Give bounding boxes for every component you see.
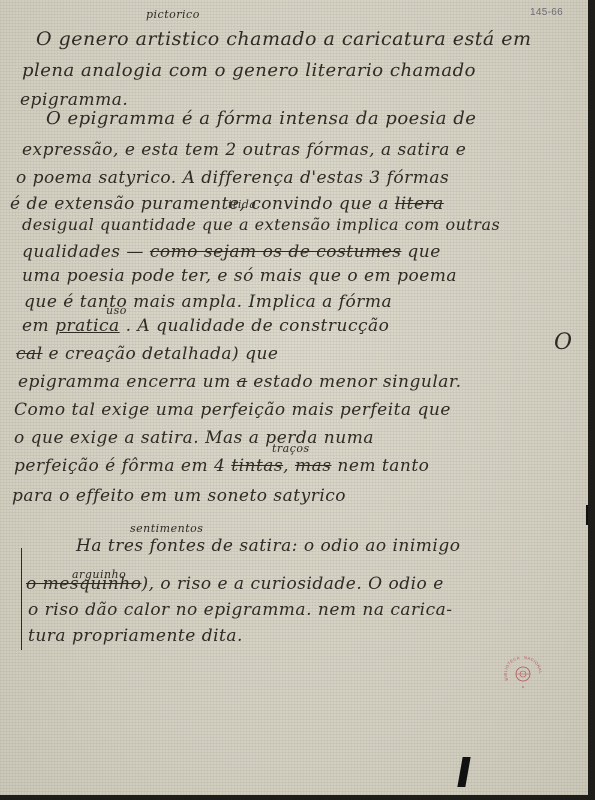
struck-phrase: como sejam os de costumes	[150, 242, 402, 262]
line-continuation: nem tanto	[337, 456, 429, 476]
manuscript-line: em pratica . A qualidade de construcção	[22, 316, 389, 336]
struck-word: tintas	[231, 456, 283, 476]
manuscript-line: expressão, e esta tem 2 outras fórmas, a…	[22, 140, 466, 160]
manuscript-line: desigual quantidade que a extensão impli…	[22, 215, 500, 234]
struck-word: a	[237, 372, 248, 392]
archive-reference-number: 145-66	[530, 7, 563, 18]
manuscript-line: qualidades — como sejam os de costumes q…	[22, 242, 441, 262]
manuscript-line: para o effeito em um soneto satyrico	[12, 486, 346, 506]
stamp-text-left: BIBLIOTECA	[503, 655, 520, 681]
line-continuation: estado menor singular.	[253, 372, 461, 392]
stamp-text-right: NACIONAL	[524, 655, 544, 675]
scan-border-right	[588, 0, 595, 800]
manuscript-line: o riso dão calor no epigramma. nem na ca…	[28, 600, 453, 620]
manuscript-line: que é tanto mais ampla. Implica a fórma	[24, 292, 392, 312]
line-continuation: . A qualidade de construcção	[126, 316, 390, 336]
manuscript-line: uma poesia pode ter, e só mais que o em …	[22, 266, 457, 286]
scan-border-bottom	[0, 795, 595, 800]
manuscript-line: O epigramma é a fórma intensa da poesia …	[46, 108, 476, 129]
interlinear-insertion: pictorico	[146, 8, 200, 21]
svg-text:BIBLIOTECA: BIBLIOTECA	[503, 655, 520, 681]
struck-word: pratica	[55, 316, 120, 336]
svg-text:NACIONAL: NACIONAL	[524, 655, 544, 675]
manuscript-line: plena analogia com o genero literario ch…	[22, 60, 476, 81]
line-text: é de extensão puramente, convindo que a	[10, 194, 389, 214]
line-text: perfeição é fôrma em 4	[14, 456, 225, 476]
manuscript-page: 145-66 pictorico O genero artistico cham…	[0, 0, 588, 795]
interlinear-insertion: ttida	[228, 198, 256, 211]
line-continuation: que	[407, 242, 440, 262]
manuscript-line: é de extensão puramente, convindo que a …	[10, 194, 444, 214]
manuscript-line: perfeição é fôrma em 4 tintas, mas nem t…	[14, 456, 429, 476]
manuscript-line: epigramma encerra um a estado menor sing…	[18, 372, 462, 392]
interlinear-insertion: sentimentos	[130, 522, 203, 535]
struck-phrase: o mesquinho	[26, 574, 141, 594]
manuscript-line: tura propriamente dita.	[28, 626, 243, 646]
margin-bracket	[21, 548, 26, 650]
struck-word: mas	[295, 456, 331, 476]
line-continuation: ), o riso e a curiosidade. O odio e	[141, 574, 443, 594]
line-text: epigramma encerra um	[18, 372, 231, 392]
line-continuation: ,	[283, 456, 289, 476]
line-text: e creação detalhada) que	[49, 344, 279, 364]
manuscript-line: o poema satyrico. A differença d'estas 3…	[16, 168, 449, 188]
line-text: qualidades —	[22, 242, 144, 262]
manuscript-line: o mesquinho), o riso e a curiosidade. O …	[26, 574, 444, 594]
struck-word: litera	[395, 194, 444, 214]
struck-word: cal	[16, 344, 43, 364]
manuscript-line: Como tal exige uma perfeição mais perfei…	[14, 400, 451, 420]
manuscript-line: epigramma.	[20, 90, 128, 110]
manuscript-line: cal e creação detalhada) que	[16, 344, 278, 364]
manuscript-line: O genero artistico chamado a caricatura …	[36, 28, 532, 50]
interlinear-insertion: traços	[272, 442, 310, 455]
manuscript-line-end: O	[554, 330, 573, 355]
line-text: em	[22, 316, 49, 336]
library-stamp: BIBLIOTECA NACIONAL	[500, 650, 546, 696]
manuscript-line: Ha tres fontes de satira: o odio ao inim…	[76, 536, 460, 556]
manuscript-line: o que exige a satira. Mas a perda numa	[14, 428, 374, 448]
